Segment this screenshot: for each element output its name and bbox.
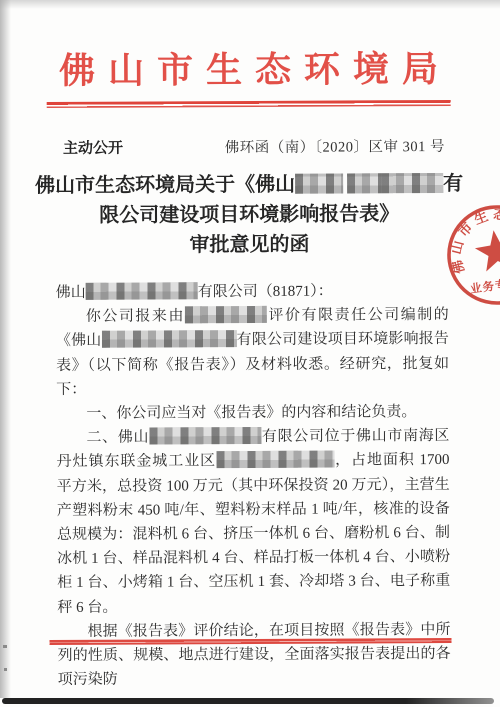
- redaction-mosaic: [381, 173, 443, 193]
- official-seal: 佛山市生态环境局 业务专用章: [434, 195, 500, 321]
- redaction-mosaic: [185, 306, 267, 323]
- document-title-line1: 佛山市生态环境局关于《佛山: [35, 174, 295, 197]
- salutation-line: 佛山有限公司（81871）：: [56, 279, 449, 305]
- scan-edge-top: [0, 0, 500, 9]
- salutation-text: 佛山: [56, 285, 86, 301]
- paragraph-text: 你公司报来由: [86, 309, 185, 326]
- redaction-mosaic: [295, 174, 343, 194]
- document-title-line3: 审批意见的函: [189, 234, 309, 257]
- meta-row: 主动公开 佛环函（南）〔2020〕区审 301 号: [63, 135, 445, 157]
- paragraph-text: 二、佛山: [86, 430, 149, 446]
- redaction-mosaic: [216, 451, 334, 469]
- document-title: 佛山市生态环境局关于《佛山 有限公司建设项目环境影响报告表》 审批意见的函: [29, 169, 469, 261]
- redaction-mosaic: [101, 330, 236, 348]
- seal-label-text: 业务专用章: [469, 273, 500, 296]
- paragraph-conclusion: 根据《报告表》评价结论，在项目按照《报告表》中所列的性质、规模、地点进行建设，全…: [57, 618, 450, 693]
- scanned-document-page: { "page": { "header_title": "佛山市生态环境局", …: [0, 0, 500, 707]
- paragraph-item-1: 一、你公司应当对《报告表》的内容和结论负责。: [56, 400, 449, 426]
- disclosure-label: 主动公开: [63, 137, 123, 158]
- agency-letterhead-title: 佛山市生态环境局: [0, 41, 499, 95]
- scan-edge-bottom-shadow: [2, 698, 494, 704]
- paragraph-item-2: 二、佛山有限公司位于佛山市南海区丹灶镇东联金城工业区，占地面积 1700 平方米…: [56, 424, 450, 620]
- redaction-mosaic: [86, 282, 198, 300]
- document-body: 佛山有限公司（81871）： 你公司报来由评价有限责任公司编制的《佛山有限公司建…: [56, 279, 451, 693]
- letterhead-red-rule: [47, 100, 451, 108]
- seal-star-icon: [473, 227, 500, 272]
- scan-edge-left: [0, 0, 11, 698]
- scan-speck: [3, 645, 7, 648]
- paragraph-text: ，占地面积 1700 平方米，总投资 100 万元（其中环保投资 20 万元），…: [57, 452, 451, 615]
- redaction-mosaic: [347, 173, 381, 193]
- salutation-text-end: 有限公司（81871）：: [198, 284, 333, 301]
- redaction-mosaic: [149, 427, 261, 445]
- scan-speck: [4, 668, 7, 671]
- document-paper: 佛山市生态环境局 主动公开 佛环函（南）〔2020〕区审 301 号 佛山市生态…: [0, 0, 500, 707]
- paragraph-intro: 你公司报来由评价有限责任公司编制的《佛山有限公司建设项目环境影响报告表》（以下简…: [56, 303, 450, 402]
- document-number: 佛环函（南）〔2020〕区审 301 号: [225, 135, 445, 157]
